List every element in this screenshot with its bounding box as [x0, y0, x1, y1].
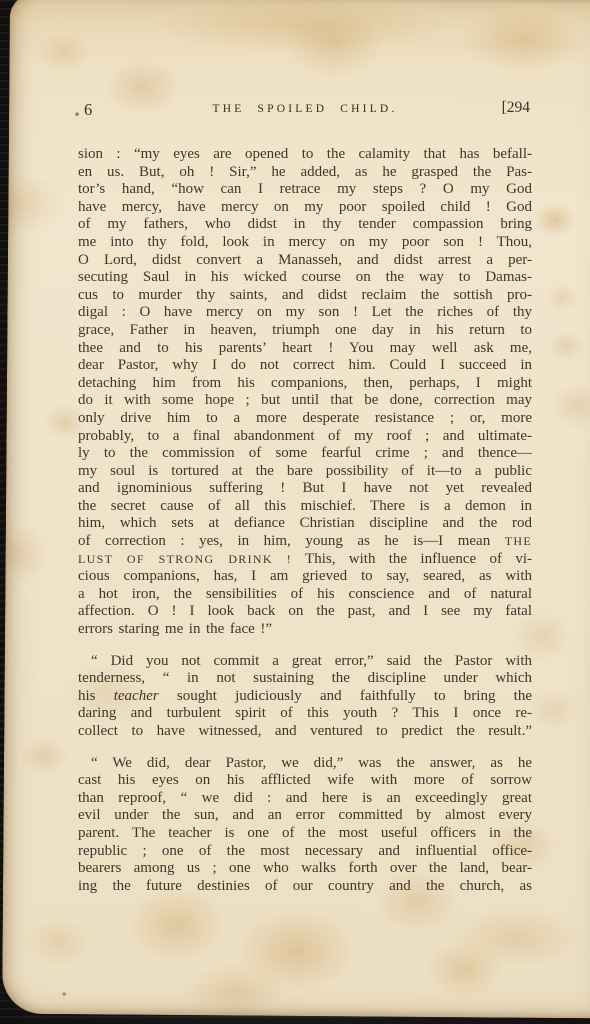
text-segment: cious companions, has, I am grieved to s…: [78, 568, 532, 584]
text-line: do it with some hope ; but until that be…: [78, 392, 532, 410]
text-line: his teacher sought judiciously and faith…: [78, 688, 532, 706]
text-segment: a hot iron, the sensibilities of his con…: [78, 586, 532, 602]
text-segment: detaching him from his companions, then,…: [78, 375, 532, 391]
text-segment: “ Did you not commit a great error,” sai…: [91, 653, 532, 669]
smallcaps-text: THE: [505, 534, 532, 548]
text-line: cus to murder thy saints, and didst recl…: [78, 287, 532, 305]
running-title: THE SPOILED CHILD.: [78, 103, 532, 115]
text-segment: errors staring me in the face !”: [78, 621, 272, 637]
text-segment: digal : O have mercy on my son ! Let the…: [78, 304, 532, 320]
text-segment: grace, Father in heaven, triumph one day…: [78, 322, 532, 338]
paragraph: “ We did, dear Pastor, we did,” was the …: [78, 755, 532, 896]
text-line: of correction : yes, in him, young as he…: [78, 533, 532, 551]
text-segment: of correction : yes, in him, young as he…: [78, 533, 505, 549]
text-segment: the secret cause of all this mischief. T…: [78, 498, 532, 514]
text-segment: ing the future destinies of our country …: [78, 878, 532, 894]
text-segment: daring and turbulent spirit of this yout…: [78, 705, 532, 721]
text-line: a hot iron, the sensibilities of his con…: [78, 586, 532, 604]
italic-text: teacher: [114, 688, 159, 704]
text-segment: sion : “my eyes are opened to the calami…: [78, 146, 532, 162]
text-line: en us. But, oh ! Sir,” he added, as he g…: [78, 164, 532, 182]
scanned-book-photo: { "page": { "header": { "page_number": "…: [0, 0, 590, 1024]
text-segment: of my fathers, who didst in thy tender c…: [78, 216, 532, 232]
text-segment: tor’s hand, “how can I retrace my steps …: [78, 181, 532, 197]
text-line: tor’s hand, “how can I retrace my steps …: [78, 181, 532, 199]
text-line: republic ; one of the most necessary and…: [78, 843, 532, 861]
text-line: secuting Saul in his wicked course on th…: [78, 269, 532, 287]
text-segment: collect to have witnessed, and ventured …: [78, 723, 532, 739]
text-line: thee and to his parents’ heart ! You may…: [78, 340, 532, 358]
text-line: him, which sets at defiance Christian di…: [78, 515, 532, 533]
text-line: the secret cause of all this mischief. T…: [78, 498, 532, 516]
text-segment: than reproof, “ we did : and here is an …: [78, 790, 532, 806]
text-line: “ We did, dear Pastor, we did,” was the …: [78, 755, 532, 773]
text-line: dear Pastor, why I do not correct him. C…: [78, 357, 532, 375]
text-line: parent. The teacher is one of the most u…: [78, 825, 532, 843]
text-segment: O Lord, didst convert a Manasseh, and di…: [78, 252, 532, 268]
text-segment: and ignominious suffering ! But I have n…: [78, 480, 532, 496]
page-body: sion : “my eyes are opened to the calami…: [78, 146, 532, 895]
text-segment: cus to murder thy saints, and didst recl…: [78, 287, 532, 303]
text-segment: me into thy fold, look in mercy on my po…: [78, 234, 532, 250]
text-line: and ignominious suffering ! But I have n…: [78, 480, 532, 498]
text-line: collect to have witnessed, and ventured …: [78, 723, 532, 741]
text-line: me into thy fold, look in mercy on my po…: [78, 234, 532, 252]
text-line: grace, Father in heaven, triumph one day…: [78, 322, 532, 340]
text-segment: him, which sets at defiance Christian di…: [78, 515, 532, 531]
text-line: have mercy, have mercy on my poor spoile…: [78, 199, 532, 217]
text-segment: my soul is tortured at the bare possibil…: [78, 463, 532, 479]
paragraph: sion : “my eyes are opened to the calami…: [78, 146, 532, 639]
text-line: ly to the commission of some fearful cri…: [78, 445, 532, 463]
smallcaps-text: LUST OF STRONG DRINK !: [78, 552, 292, 566]
text-line: only drive him to a more desperate resis…: [78, 410, 532, 428]
text-segment: dear Pastor, why I do not correct him. C…: [78, 357, 532, 373]
text-segment: probably, to a final abandonment of my r…: [78, 428, 532, 444]
text-segment: evil under the sun, and an error committ…: [78, 807, 532, 823]
text-line: tenderness, “ in not sustaining the disc…: [78, 670, 532, 688]
text-line: detaching him from his companions, then,…: [78, 375, 532, 393]
text-segment: sought judiciously and faithfully to bri…: [159, 688, 532, 704]
text-line: cious companions, has, I am grieved to s…: [78, 568, 532, 586]
text-line: probably, to a final abandonment of my r…: [78, 428, 532, 446]
paragraph: “ Did you not commit a great error,” sai…: [78, 653, 532, 741]
text-line: my soul is tortured at the bare possibil…: [78, 463, 532, 481]
text-segment: cast his eyes on his afflicted wife with…: [78, 772, 532, 788]
text-segment: This, with the influence of vi-: [292, 551, 532, 567]
folio-number: [294: [502, 99, 530, 117]
text-segment: parent. The teacher is one of the most u…: [78, 825, 532, 841]
text-segment: do it with some hope ; but until that be…: [78, 392, 532, 408]
page-header: 6 THE SPOILED CHILD. [294: [78, 99, 532, 123]
text-segment: affection. O ! I look back on the past, …: [78, 603, 532, 619]
text-segment: secuting Saul in his wicked course on th…: [78, 269, 532, 285]
text-segment: ly to the commission of some fearful cri…: [78, 445, 532, 461]
text-line: LUST OF STRONG DRINK ! This, with the in…: [78, 551, 532, 569]
text-line: digal : O have mercy on my son ! Let the…: [78, 304, 532, 322]
text-segment: en us. But, oh ! Sir,” he added, as he g…: [78, 164, 532, 180]
text-line: errors staring me in the face !”: [78, 621, 532, 639]
text-line: sion : “my eyes are opened to the calami…: [78, 146, 532, 164]
text-segment: tenderness, “ in not sustaining the disc…: [78, 670, 532, 686]
text-line: O Lord, didst convert a Manasseh, and di…: [78, 252, 532, 270]
text-line: cast his eyes on his afflicted wife with…: [78, 772, 532, 790]
text-line: bearers among us ; one who walks forth o…: [78, 860, 532, 878]
text-line: evil under the sun, and an error committ…: [78, 807, 532, 825]
text-line: daring and turbulent spirit of this yout…: [78, 705, 532, 723]
text-line: “ Did you not commit a great error,” sai…: [78, 653, 532, 671]
text-segment: have mercy, have mercy on my poor spoile…: [78, 199, 532, 215]
text-segment: his: [78, 688, 114, 704]
text-segment: republic ; one of the most necessary and…: [78, 843, 532, 859]
text-segment: only drive him to a more desperate resis…: [78, 410, 532, 426]
text-segment: thee and to his parents’ heart ! You may…: [78, 340, 532, 356]
text-line: ing the future destinies of our country …: [78, 878, 532, 896]
text-segment: “ We did, dear Pastor, we did,” was the …: [91, 755, 532, 771]
text-line: affection. O ! I look back on the past, …: [78, 603, 532, 621]
text-line: of my fathers, who didst in thy tender c…: [78, 216, 532, 234]
text-segment: bearers among us ; one who walks forth o…: [78, 860, 532, 876]
text-line: than reproof, “ we did : and here is an …: [78, 790, 532, 808]
